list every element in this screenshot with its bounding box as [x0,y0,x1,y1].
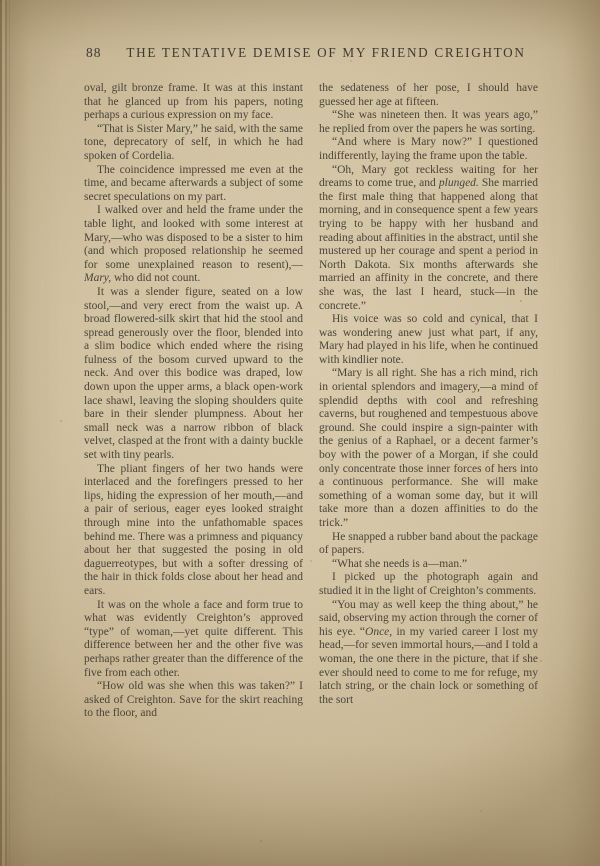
page-edge-lines [0,0,16,866]
paragraph: “How old was she when this was taken?” I… [84,680,303,721]
body-text: “How old was she when this was taken?” I… [84,680,303,719]
paragraph: “She was nineteen then. It was years ago… [319,109,538,136]
body-text: I walked over and held the frame under t… [84,204,303,270]
book-page: 88 THE TENTATIVE DEMISE OF MY FRIEND CRE… [0,0,600,866]
text-block: oval, gilt bronze frame. It was at this … [84,82,538,838]
paragraph: “You may as well keep the thing about,” … [319,599,538,708]
page-number: 88 [86,45,102,61]
body-text: “She was nineteen then. It was years ago… [319,109,538,135]
paragraph: He snapped a rubber band about the packa… [319,531,538,558]
body-text: “That is Sister Mary,” he said, with the… [84,123,303,162]
body-text: She married the first male thing that ha… [319,177,538,311]
text-column-left: oval, gilt bronze frame. It was at this … [84,82,303,838]
paragraph: “Oh, Mary got reckless waiting for her d… [319,164,538,314]
body-text: the sedateness of her pose, I should hav… [319,82,538,108]
body-text: It was on the whole a face and form true… [84,599,303,679]
body-text: oval, gilt bronze frame. It was at this … [84,82,303,121]
paragraph: “What she needs is a—man.” [319,558,538,572]
body-text: “Mary is all right. She has a rich mind,… [319,367,538,529]
paragraph: I picked up the photograph again and stu… [319,571,538,598]
paragraph: It was on the whole a face and form true… [84,599,303,681]
body-text: “What she needs is a—man.” [332,558,467,570]
paper-specks [0,0,2,2]
running-title: THE TENTATIVE DEMISE OF MY FRIEND CREIGH… [114,45,538,61]
body-text: The pliant fingers of her two hands were… [84,463,303,597]
paragraph: “Mary is all right. She has a rich mind,… [319,367,538,530]
paragraph: “And where is Mary now?” I questioned in… [319,136,538,163]
italic-text: Once, [365,626,392,638]
body-text: who did not count. [111,272,200,284]
body-text: It was a slender figure, seated on a low… [84,286,303,461]
body-text: He snapped a rubber band about the packa… [319,531,538,557]
text-column-right: the sedateness of her pose, I should hav… [319,82,538,838]
paragraph: the sedateness of her pose, I should hav… [319,82,538,109]
paragraph: The coincidence impressed me even at the… [84,164,303,205]
page-header: 88 THE TENTATIVE DEMISE OF MY FRIEND CRE… [84,45,538,63]
body-text: His voice was so cold and cynical, that … [319,313,538,366]
paragraph: I walked over and held the frame under t… [84,204,303,286]
body-text: I picked up the photograph again and stu… [319,571,538,597]
paragraph: His voice was so cold and cynical, that … [319,313,538,367]
paragraph: The pliant fingers of her two hands were… [84,463,303,599]
paragraph: “That is Sister Mary,” he said, with the… [84,123,303,164]
italic-text: Mary, [84,272,111,284]
body-text: The coincidence impressed me even at the… [84,164,303,203]
italic-text: plunged. [439,177,479,189]
paragraph: It was a slender figure, seated on a low… [84,286,303,463]
body-text: “And where is Mary now?” I questioned in… [319,136,538,162]
paragraph: oval, gilt bronze frame. It was at this … [84,82,303,123]
